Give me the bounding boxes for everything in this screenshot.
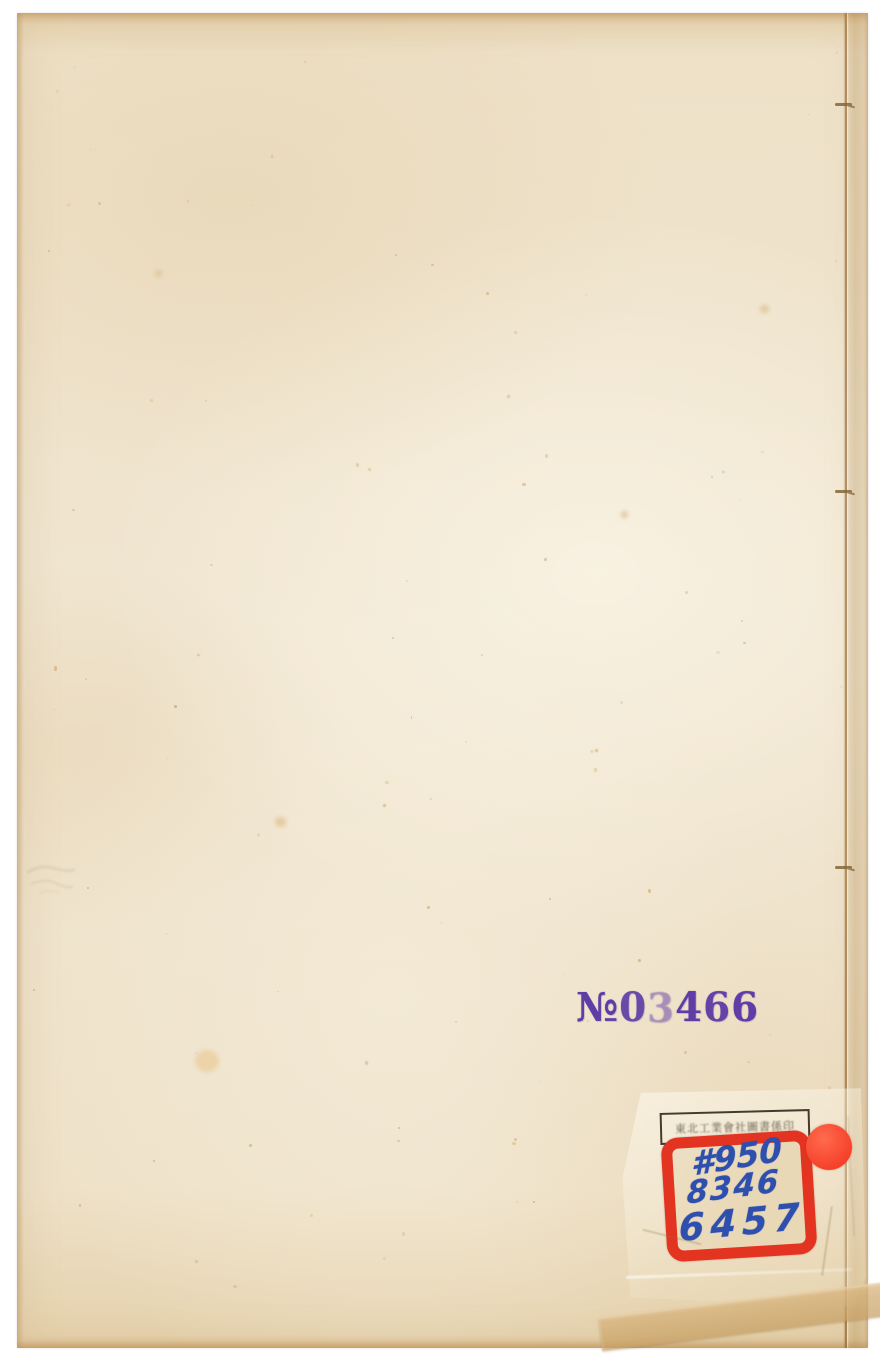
speck	[747, 1061, 749, 1063]
speck	[648, 889, 652, 893]
speck	[166, 933, 168, 934]
speck	[591, 750, 593, 752]
speck	[210, 564, 213, 566]
speck	[383, 804, 386, 807]
speck	[48, 250, 50, 253]
speck	[395, 254, 397, 256]
speck	[514, 1138, 517, 1141]
speck	[594, 768, 597, 772]
speck	[304, 61, 306, 63]
speck	[613, 28, 614, 29]
red-circle-sticker	[806, 1124, 852, 1170]
speck	[711, 476, 713, 478]
serial-number-text: №03466	[576, 984, 759, 1031]
speck	[420, 1100, 421, 1101]
speck	[195, 1260, 197, 1263]
speck	[174, 705, 177, 708]
speck	[153, 1160, 155, 1162]
red-framed-call-number-label: #950 8346 6457	[660, 1130, 817, 1263]
speck	[167, 758, 168, 759]
speck	[585, 294, 587, 297]
speck	[512, 1142, 515, 1145]
speck	[356, 463, 359, 466]
speck	[517, 1201, 519, 1203]
serial-number-stamp: №03466	[576, 986, 759, 1030]
speck	[761, 451, 764, 454]
paper-top-edge	[17, 13, 868, 25]
speck	[546, 337, 547, 338]
speck	[277, 991, 279, 993]
speck	[684, 1051, 687, 1054]
scan-canvas: { "scan": { "background_color": "#ffffff…	[0, 0, 880, 1366]
speck	[79, 1204, 82, 1207]
speck	[455, 1021, 457, 1022]
stain-spot	[195, 1050, 219, 1072]
speck	[545, 454, 548, 458]
speck	[365, 1061, 369, 1065]
speck	[98, 202, 101, 206]
speck	[539, 1081, 540, 1082]
speck	[430, 798, 432, 800]
stain-spot	[155, 270, 162, 277]
speck	[808, 114, 809, 116]
speck	[441, 922, 443, 924]
stain-spot	[621, 511, 628, 518]
speck	[836, 260, 837, 262]
speck	[465, 741, 467, 743]
speck	[841, 686, 843, 688]
stain-spot	[275, 817, 286, 827]
speck	[522, 483, 525, 486]
speck	[72, 509, 75, 512]
pencil-smudge	[21, 851, 91, 911]
speck	[836, 52, 838, 54]
speck	[187, 200, 190, 203]
speck	[90, 149, 91, 150]
speck	[74, 66, 75, 67]
speck	[411, 716, 413, 718]
accession-label-assembly: 東北工業會社圖書係印 #950 8346 6457	[612, 1086, 874, 1356]
speck	[56, 90, 58, 92]
speck	[769, 1034, 772, 1036]
speck	[716, 651, 719, 654]
speck	[743, 642, 746, 644]
speck	[249, 1144, 252, 1147]
speck	[383, 1257, 386, 1260]
speck	[620, 701, 623, 703]
speck	[722, 471, 725, 474]
binding-thread-knot	[835, 103, 852, 106]
book-back-cover-paper: №03466 東北工業會社圖書係印 #950 8346 6457	[17, 13, 868, 1348]
speck	[392, 637, 394, 640]
speck	[740, 499, 741, 500]
speck	[385, 781, 388, 784]
speck	[67, 204, 70, 207]
speck	[431, 264, 434, 266]
stain-spot	[760, 305, 769, 313]
speck	[514, 331, 516, 333]
speck	[741, 620, 743, 621]
speck	[197, 654, 200, 656]
speck	[402, 1232, 405, 1235]
speck	[638, 959, 641, 962]
binding-thread-knot	[835, 866, 852, 869]
speck	[427, 906, 430, 908]
speck	[481, 654, 484, 657]
speck	[85, 678, 87, 681]
speck	[368, 468, 371, 471]
speck	[563, 975, 564, 976]
speck	[486, 292, 489, 295]
speck	[33, 989, 35, 991]
speck	[233, 1285, 237, 1288]
speck	[549, 898, 551, 900]
speck	[310, 1214, 313, 1217]
speck	[271, 155, 273, 158]
speck	[507, 395, 510, 398]
speck	[595, 749, 597, 751]
speck	[205, 400, 207, 402]
speck	[406, 580, 408, 582]
speck	[398, 1127, 400, 1129]
speck	[544, 558, 547, 560]
speck	[257, 833, 260, 837]
paper-left-edge	[17, 13, 24, 1348]
speck	[150, 399, 153, 402]
speck	[397, 1140, 400, 1143]
speck	[517, 64, 518, 65]
speck	[54, 666, 58, 670]
binding-thread-knot	[835, 490, 852, 493]
speck	[685, 591, 688, 594]
speck	[252, 205, 253, 206]
speck	[54, 709, 55, 710]
speck	[533, 1201, 535, 1203]
